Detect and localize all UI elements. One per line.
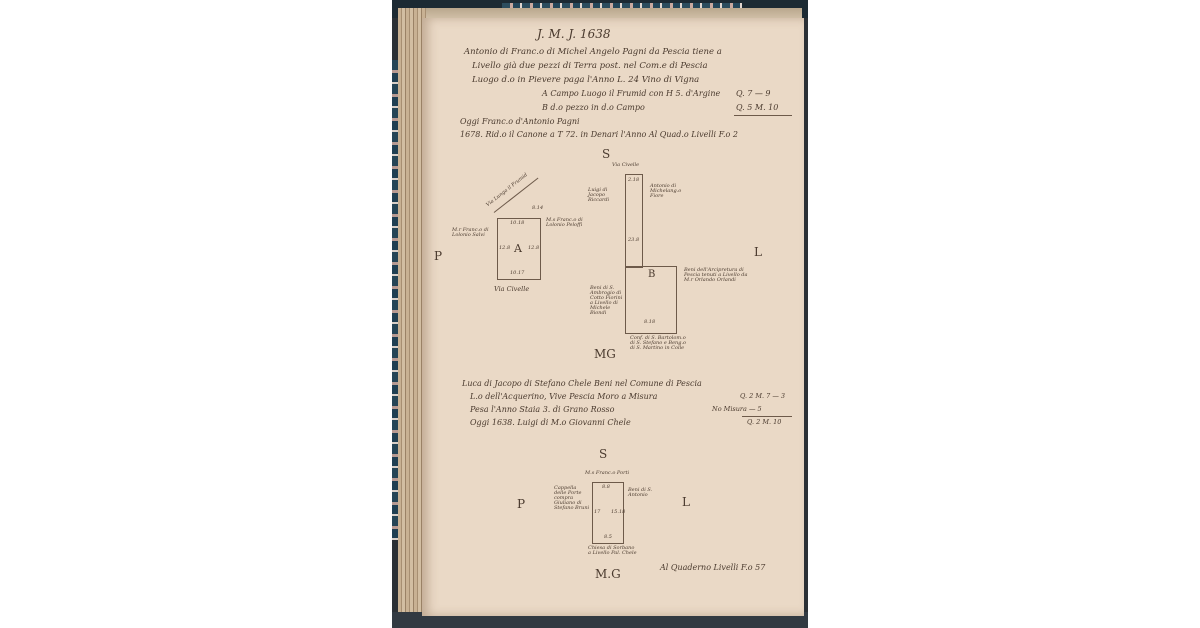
parcel-b-east-lower-owner: Beni dell'Arcipretura di Pescia tenuti a… xyxy=(684,268,754,283)
entry1-measure: Q. 7 — 9 xyxy=(736,90,771,98)
parcel-a-north-side: 8.14 xyxy=(532,206,543,211)
parcel-a-south-road: Via Civelle xyxy=(494,286,529,293)
parcel-b-west-lower-owner: Beni di S. Ambrogio di Cotto Fiorini a L… xyxy=(590,286,626,316)
parcel-c-south-owner: Chiesa di Sorbano a Livello Pal. Chele xyxy=(588,546,638,556)
manuscript-page: J. M. J. 1638 Antonio di Franc.o di Mich… xyxy=(422,18,804,616)
entry1-line: B d.o pezzo in d.o Campo xyxy=(542,104,645,112)
compass-east: L xyxy=(754,246,762,258)
compass-north: S xyxy=(602,148,610,160)
compass-south: MG xyxy=(594,348,616,360)
entry1-line: Luogo d.o in Pievere paga l'Anno L. 24 V… xyxy=(472,76,699,85)
parcel-a-label: A xyxy=(514,243,522,254)
entry2-line: Oggi 1638. Luigi di M.o Giovanni Chele xyxy=(470,419,631,427)
header-mark: J. M. J. 1638 xyxy=(537,28,610,40)
entry1-line: 1678. Rid.o il Canone a T 72. in Denari … xyxy=(460,131,738,139)
parcel-b-top: 2.18 xyxy=(628,178,639,183)
entry1-line: Antonio di Franc.o di Michel Angelo Pagn… xyxy=(464,48,722,57)
parcel-b-top-road: Via Civelle xyxy=(612,163,639,168)
entry2-line: L.o dell'Acquerino, Vive Pescia Moro a M… xyxy=(470,393,657,401)
measure-underline xyxy=(742,416,792,417)
parcel-b-south-owner: Conf. di S. Bartolom.o di S. Stefano e B… xyxy=(630,336,692,351)
compass-south-2: M.G xyxy=(595,568,621,580)
entry2-measure: Q. 2 M. 7 — 3 xyxy=(740,393,785,400)
parcel-b-bottom-note: 8.18 xyxy=(644,320,655,325)
parcel-c-east-owner: Beni di S. Antonio xyxy=(628,488,658,498)
parcel-a-inner-top: 10.18 xyxy=(510,221,524,226)
compass-east-2: L xyxy=(682,496,690,508)
footer-note: Al Quaderno Livelli F.o 57 xyxy=(660,564,765,572)
compass-north-2: S xyxy=(599,448,607,460)
parcel-b-label: B xyxy=(648,270,655,280)
entry1-line: A Campo Luogo il Frumid con H 5. d'Argin… xyxy=(542,90,720,98)
parcel-a-west-owner: M.r Franc.o di Lolonio Salvi xyxy=(452,228,494,238)
parcel-a-bottom: 10.17 xyxy=(510,271,524,276)
parcel-c-top: 8.8 xyxy=(602,485,610,490)
entry2-line: Luca di Jacopo di Stefano Chele Beni nel… xyxy=(462,380,702,388)
compass-west: P xyxy=(434,250,442,262)
parcel-b-west-owner: Luigi di Jacopo Riccardi xyxy=(588,188,624,203)
parcel-c-west-owner: Cappella delle Porte compra Giuliano di … xyxy=(554,486,590,511)
parcel-a-east: 12.8 xyxy=(528,246,539,251)
compass-west-2: P xyxy=(517,498,525,510)
entry1-line: Livello già due pezzi di Terra post. nel… xyxy=(472,62,708,71)
entry1-measure: Q. 5 M. 10 xyxy=(736,104,778,112)
parcel-a-west: 12.8 xyxy=(499,246,510,251)
parcel-b-east-owner: Antonio di Michelang.o Fiore xyxy=(650,184,690,199)
parcel-c-top-owner: M.s Franc.o Porti xyxy=(585,471,629,476)
parcel-a-east-owner: M.s Franc.o di Lolonio Peloffi xyxy=(546,218,590,228)
entry1-line: Oggi Franc.o d'Antonio Pagni xyxy=(460,118,580,126)
parcel-b-left-middle: 23.8 xyxy=(628,238,639,243)
parcel-c-left: 17 xyxy=(594,510,600,515)
parcel-c-bottom: 8.5 xyxy=(604,535,612,540)
entry2-measure: No Misura — 5 xyxy=(712,406,762,413)
entry2-line: Pesa l'Anno Staia 3. di Grano Rosso xyxy=(470,406,614,414)
parcel-c-right: 15.18 xyxy=(611,510,625,515)
measure-underline xyxy=(734,115,792,116)
entry2-measure: Q. 2 M. 10 xyxy=(747,419,781,426)
manuscript-scan: J. M. J. 1638 Antonio di Franc.o di Mich… xyxy=(392,0,808,628)
parcel-b-strip xyxy=(625,174,643,268)
